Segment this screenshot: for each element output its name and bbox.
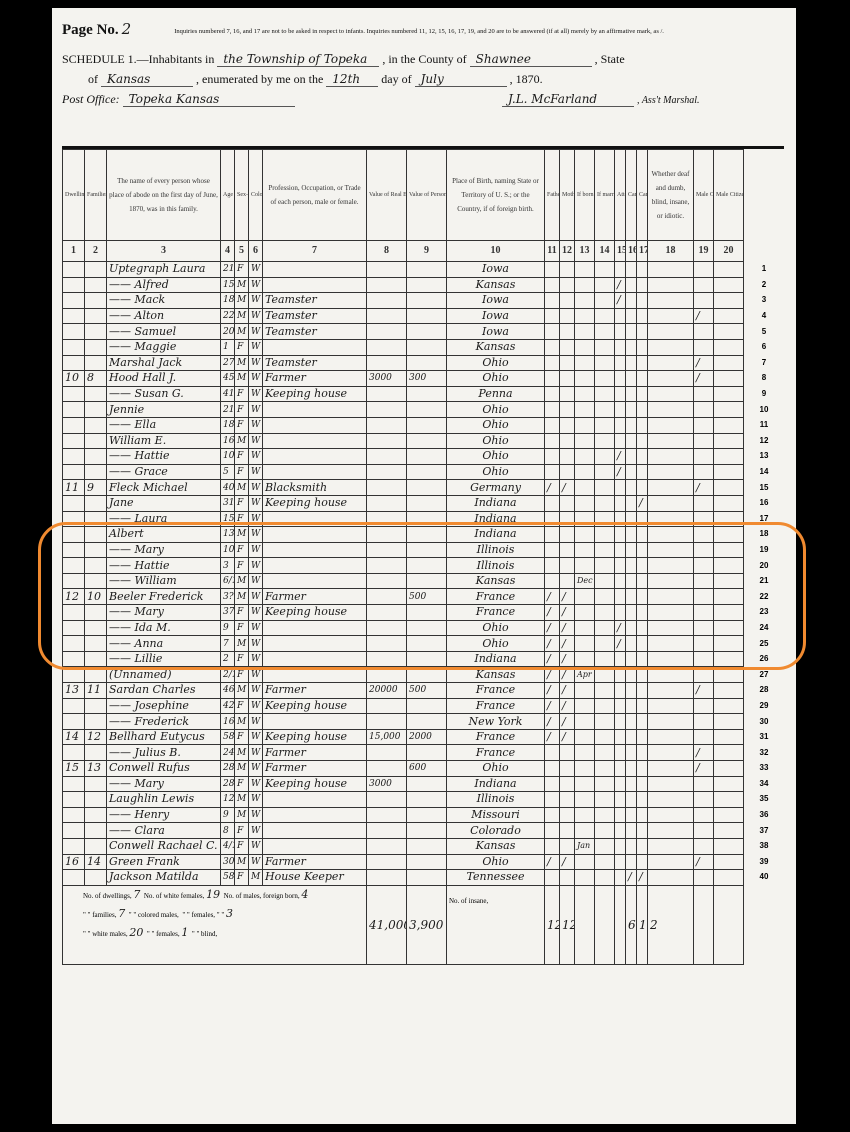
vote-denied-mark: [714, 449, 744, 465]
line-number: 28: [744, 683, 785, 699]
married-within-year: [595, 277, 615, 293]
cannot-read-mark: [626, 698, 637, 714]
birthplace: Indiana: [447, 495, 545, 511]
person-age: 3?: [221, 589, 235, 605]
cannot-read-mark: [626, 308, 637, 324]
table-row: 14 12 Bellhard Eutycus 58 F W Keeping ho…: [63, 729, 785, 745]
person-age: 15: [221, 277, 235, 293]
born-within-year: [575, 698, 595, 714]
mother-foreign-mark: [560, 870, 575, 886]
real-estate-value: [367, 823, 407, 839]
real-estate-value: [367, 651, 407, 667]
total-col-19: [694, 885, 714, 964]
father-foreign-mark: /: [545, 714, 560, 730]
cannot-read-mark: [626, 339, 637, 355]
family-number: 9: [85, 480, 107, 496]
person-name: Jane: [107, 495, 221, 511]
person-age: 46: [221, 683, 235, 699]
vote-denied-mark: [714, 417, 744, 433]
birthplace: Iowa: [447, 293, 545, 309]
male-citizen-mark: /: [694, 308, 714, 324]
personal-estate-value: [407, 573, 447, 589]
born-within-year: [575, 355, 595, 371]
table-row: —— Alton 22 M W Teamster Iowa / 4: [63, 308, 785, 324]
family-number: [85, 838, 107, 854]
dwelling-number: [63, 792, 85, 808]
married-within-year: [595, 573, 615, 589]
real-estate-value: [367, 714, 407, 730]
table-row: Uptegraph Laura 21 F W Iowa 1: [63, 262, 785, 278]
white-females-value: 19: [206, 888, 220, 901]
cannot-write-mark: [637, 511, 648, 527]
insane-count: No. of insane,: [447, 885, 545, 964]
person-sex: M: [235, 433, 249, 449]
dwelling-number: [63, 262, 85, 278]
deaf-blind-insane: [648, 729, 694, 745]
person-sex: F: [235, 386, 249, 402]
foreign-females-value: 3: [226, 907, 233, 920]
dwelling-number: [63, 745, 85, 761]
real-estate-value: [367, 449, 407, 465]
cannot-write-mark: [637, 277, 648, 293]
deaf-blind-insane: [648, 792, 694, 808]
real-estate-value: [367, 620, 407, 636]
born-within-year: Dec: [575, 573, 595, 589]
personal-estate-value: [407, 776, 447, 792]
dwelling-number: [63, 324, 85, 340]
colored-females-label: " " females,: [147, 930, 180, 938]
deaf-blind-insane: [648, 527, 694, 543]
person-age: 15: [221, 511, 235, 527]
male-citizen-mark: /: [694, 683, 714, 699]
township-field: the Township of Topeka: [217, 52, 379, 67]
col-header-5: Sex—Males (M.), Females (F.): [235, 150, 249, 241]
deaf-blind-insane: [648, 667, 694, 683]
person-name: Albert: [107, 527, 221, 543]
vote-denied-mark: [714, 324, 744, 340]
attended-school-mark: [615, 792, 626, 808]
person-sex: F: [235, 870, 249, 886]
male-citizen-mark: [694, 417, 714, 433]
cannot-write-mark: [637, 417, 648, 433]
dwelling-number: 11: [63, 480, 85, 496]
vote-denied-mark: [714, 620, 744, 636]
census-rows: Uptegraph Laura 21 F W Iowa 1 —— Alfred …: [63, 262, 785, 886]
family-number: [85, 277, 107, 293]
cannot-write-mark: [637, 558, 648, 574]
cannot-read-mark: [626, 558, 637, 574]
dwelling-number: [63, 417, 85, 433]
cannot-write-mark: [637, 714, 648, 730]
family-number: [85, 823, 107, 839]
summary-block: No. of dwellings, 7 No. of white females…: [63, 885, 785, 964]
mother-foreign-mark: /: [560, 714, 575, 730]
cannot-write-mark: [637, 308, 648, 324]
father-foreign-mark: /: [545, 589, 560, 605]
person-name: —— Mary: [107, 776, 221, 792]
person-occupation: Farmer: [263, 761, 367, 777]
mother-foreign-mark: /: [560, 620, 575, 636]
person-color: W: [249, 745, 263, 761]
birthplace: France: [447, 589, 545, 605]
person-color: W: [249, 589, 263, 605]
col-header-17: Cannot write.: [637, 150, 648, 241]
col-header-2: Families, numbered in the order of visit…: [85, 150, 107, 241]
deaf-blind-insane: [648, 480, 694, 496]
birthplace: France: [447, 729, 545, 745]
born-within-year: Jan: [575, 838, 595, 854]
person-age: 6/12: [221, 573, 235, 589]
person-age: 10: [221, 449, 235, 465]
birthplace: Kansas: [447, 667, 545, 683]
male-citizen-mark: [694, 511, 714, 527]
male-citizen-mark: [694, 573, 714, 589]
birthplace: Ohio: [447, 620, 545, 636]
birthplace: Kansas: [447, 339, 545, 355]
personal-estate-value: 300: [407, 371, 447, 387]
real-estate-value: [367, 293, 407, 309]
cannot-read-mark: [626, 527, 637, 543]
person-color: W: [249, 480, 263, 496]
attended-school-mark: [615, 324, 626, 340]
male-citizen-mark: [694, 729, 714, 745]
col-num-9: 9: [407, 241, 447, 262]
married-within-year: [595, 745, 615, 761]
vote-denied-mark: [714, 838, 744, 854]
person-age: 2: [221, 651, 235, 667]
table-row: —— Laura 15 F W Indiana 17: [63, 511, 785, 527]
deaf-blind-insane: [648, 277, 694, 293]
mother-foreign-mark: /: [560, 667, 575, 683]
born-within-year: [575, 589, 595, 605]
person-occupation: [263, 636, 367, 652]
father-foreign-mark: [545, 558, 560, 574]
family-number: [85, 324, 107, 340]
cannot-read-mark: [626, 371, 637, 387]
deaf-blind-insane: [648, 339, 694, 355]
deaf-blind-insane: [648, 511, 694, 527]
person-age: 28: [221, 761, 235, 777]
col-num-11: 11: [545, 241, 560, 262]
person-name: —— William: [107, 573, 221, 589]
table-row: Jennie 21 F W Ohio 10: [63, 402, 785, 418]
of-label: of: [88, 72, 98, 86]
family-number: [85, 573, 107, 589]
person-color: W: [249, 433, 263, 449]
cannot-read-mark: [626, 761, 637, 777]
cannot-write-mark: [637, 433, 648, 449]
married-within-year: [595, 667, 615, 683]
cannot-write-mark: [637, 339, 648, 355]
person-name: —— Ida M.: [107, 620, 221, 636]
attended-school-mark: [615, 854, 626, 870]
married-within-year: [595, 838, 615, 854]
attended-school-mark: [615, 698, 626, 714]
person-occupation: Teamster: [263, 324, 367, 340]
col-header-3: The name of every person whose place of …: [107, 150, 221, 241]
born-within-year: [575, 542, 595, 558]
cannot-write-mark: [637, 355, 648, 371]
born-within-year: [575, 620, 595, 636]
personal-estate-value: [407, 495, 447, 511]
cannot-write-mark: [637, 589, 648, 605]
real-estate-value: [367, 589, 407, 605]
person-sex: F: [235, 495, 249, 511]
day-of-label: day of: [381, 72, 411, 86]
vote-denied-mark: [714, 573, 744, 589]
personal-estate-value: [407, 854, 447, 870]
male-citizen-mark: [694, 838, 714, 854]
person-color: W: [249, 714, 263, 730]
county-label: , in the County of: [382, 52, 466, 66]
person-occupation: [263, 433, 367, 449]
person-name: —— Clara: [107, 823, 221, 839]
male-citizen-mark: [694, 402, 714, 418]
deaf-blind-insane: [648, 464, 694, 480]
person-color: W: [249, 542, 263, 558]
birthplace: Indiana: [447, 511, 545, 527]
cannot-write-mark: [637, 324, 648, 340]
birthplace: Ohio: [447, 464, 545, 480]
cannot-write-mark: [637, 636, 648, 652]
personal-estate-value: 2000: [407, 729, 447, 745]
table-row: 16 14 Green Frank 30 M W Farmer Ohio / /…: [63, 854, 785, 870]
cannot-read-mark: [626, 417, 637, 433]
vote-denied-mark: [714, 542, 744, 558]
married-within-year: [595, 449, 615, 465]
person-sex: M: [235, 714, 249, 730]
person-occupation: [263, 823, 367, 839]
attended-school-mark: [615, 651, 626, 667]
personal-estate-value: [407, 527, 447, 543]
person-occupation: [263, 838, 367, 854]
person-occupation: [263, 667, 367, 683]
cannot-write-mark: [637, 293, 648, 309]
post-office-label: Post Office:: [62, 92, 120, 106]
vote-denied-mark: [714, 308, 744, 324]
father-foreign-mark: [545, 449, 560, 465]
deaf-blind-insane: [648, 807, 694, 823]
male-citizen-mark: /: [694, 745, 714, 761]
cannot-read-mark: [626, 823, 637, 839]
family-number: 11: [85, 683, 107, 699]
cannot-write-mark: [637, 651, 648, 667]
person-age: 22: [221, 308, 235, 324]
birthplace: Indiana: [447, 776, 545, 792]
person-color: W: [249, 776, 263, 792]
real-estate-value: [367, 807, 407, 823]
attended-school-mark: [615, 355, 626, 371]
married-within-year: [595, 683, 615, 699]
column-numbers: 1 2 3 4 5 6 7 8 9 10 11 12 13 14 15 16 1…: [63, 241, 785, 262]
married-within-year: [595, 433, 615, 449]
person-age: 4/12: [221, 838, 235, 854]
real-estate-value: [367, 761, 407, 777]
person-sex: F: [235, 823, 249, 839]
father-foreign-mark: [545, 433, 560, 449]
father-foreign-mark: [545, 495, 560, 511]
cannot-read-mark: [626, 386, 637, 402]
family-number: [85, 355, 107, 371]
person-name: —— Lillie: [107, 651, 221, 667]
col-header-6: Color—White (W.), Black (B.), Mulatto (M…: [249, 150, 263, 241]
person-name: —— Julius B.: [107, 745, 221, 761]
cannot-read-mark: [626, 651, 637, 667]
col-header-4: Age at last birth-day.: [221, 150, 235, 241]
line-number: 20: [744, 558, 785, 574]
families-value: 7: [118, 907, 125, 920]
cannot-write-mark: [637, 464, 648, 480]
attended-school-mark: [615, 745, 626, 761]
mother-foreign-mark: [560, 402, 575, 418]
county-field: Shawnee: [470, 52, 592, 67]
person-occupation: [263, 651, 367, 667]
marshal-label: , Ass't Marshal.: [637, 95, 700, 106]
person-age: 30: [221, 854, 235, 870]
column-headers: Dwelling-houses, numbered in the order o…: [63, 150, 785, 241]
married-within-year: [595, 761, 615, 777]
attended-school-mark: [615, 870, 626, 886]
male-citizen-mark: [694, 792, 714, 808]
col-num-5: 5: [235, 241, 249, 262]
attended-school-mark: [615, 262, 626, 278]
born-within-year: [575, 511, 595, 527]
personal-estate-value: [407, 698, 447, 714]
line-number: 30: [744, 714, 785, 730]
cannot-read-mark: [626, 542, 637, 558]
total-real-estate: 41,000: [367, 885, 407, 964]
cannot-write-mark: [637, 792, 648, 808]
cannot-write-mark: [637, 527, 648, 543]
born-within-year: [575, 807, 595, 823]
person-color: W: [249, 698, 263, 714]
cannot-write-mark: [637, 838, 648, 854]
person-occupation: Farmer: [263, 745, 367, 761]
person-name: —— Anna: [107, 636, 221, 652]
married-within-year: [595, 402, 615, 418]
married-within-year: [595, 386, 615, 402]
year-label: , 1870.: [510, 72, 543, 86]
white-females-label: No. of white females,: [144, 892, 204, 900]
person-name: —— Susan G.: [107, 386, 221, 402]
person-sex: M: [235, 854, 249, 870]
personal-estate-value: 500: [407, 589, 447, 605]
personal-estate-value: [407, 262, 447, 278]
male-citizen-mark: [694, 386, 714, 402]
vote-denied-mark: [714, 714, 744, 730]
deaf-blind-insane: [648, 823, 694, 839]
married-within-year: [595, 262, 615, 278]
vote-denied-mark: [714, 495, 744, 511]
father-foreign-mark: /: [545, 605, 560, 621]
vote-denied-mark: [714, 807, 744, 823]
birthplace: France: [447, 698, 545, 714]
total-col-12: 12: [560, 885, 575, 964]
attended-school-mark: [615, 776, 626, 792]
dwelling-number: [63, 558, 85, 574]
born-within-year: [575, 464, 595, 480]
dwelling-number: [63, 542, 85, 558]
attended-school-mark: [615, 308, 626, 324]
vote-denied-mark: [714, 792, 744, 808]
real-estate-value: [367, 854, 407, 870]
person-color: W: [249, 761, 263, 777]
deaf-blind-insane: [648, 838, 694, 854]
person-age: 21: [221, 402, 235, 418]
person-color: W: [249, 355, 263, 371]
male-citizen-mark: /: [694, 854, 714, 870]
person-occupation: [263, 620, 367, 636]
mother-foreign-mark: [560, 464, 575, 480]
line-number: 1: [744, 262, 785, 278]
cannot-write-mark: [637, 605, 648, 621]
person-color: W: [249, 511, 263, 527]
mother-foreign-mark: /: [560, 729, 575, 745]
married-within-year: [595, 542, 615, 558]
line-number: 29: [744, 698, 785, 714]
table-row: —— Josephine 42 F W Keeping house France…: [63, 698, 785, 714]
attended-school-mark: [615, 433, 626, 449]
real-estate-value: [367, 838, 407, 854]
dwellings-label: No. of dwellings,: [83, 892, 132, 900]
male-citizen-mark: /: [694, 371, 714, 387]
mother-foreign-mark: /: [560, 589, 575, 605]
male-citizen-mark: [694, 698, 714, 714]
father-foreign-mark: [545, 355, 560, 371]
person-name: —— Mack: [107, 293, 221, 309]
family-number: [85, 308, 107, 324]
cannot-read-mark: [626, 636, 637, 652]
personal-estate-value: [407, 745, 447, 761]
person-occupation: Teamster: [263, 293, 367, 309]
born-within-year: [575, 527, 595, 543]
cannot-read-mark: [626, 776, 637, 792]
birthplace: Missouri: [447, 807, 545, 823]
father-foreign-mark: [545, 308, 560, 324]
person-name: Jackson Matilda: [107, 870, 221, 886]
dwelling-number: [63, 870, 85, 886]
person-occupation: Keeping house: [263, 776, 367, 792]
person-sex: M: [235, 371, 249, 387]
cannot-read-mark: [626, 573, 637, 589]
person-occupation: House Keeper: [263, 870, 367, 886]
cannot-read-mark: [626, 293, 637, 309]
mother-foreign-mark: [560, 558, 575, 574]
person-name: —— Josephine: [107, 698, 221, 714]
col-header-16: Cannot read.: [626, 150, 637, 241]
personal-estate-value: [407, 667, 447, 683]
person-sex: M: [235, 807, 249, 823]
vote-denied-mark: [714, 870, 744, 886]
schedule-label: SCHEDULE 1.—Inhabitants in: [62, 52, 214, 66]
person-occupation: [263, 417, 367, 433]
person-age: 40: [221, 480, 235, 496]
personal-estate-value: [407, 449, 447, 465]
personal-estate-value: [407, 355, 447, 371]
real-estate-value: [367, 402, 407, 418]
blind-label: " " blind,: [192, 930, 217, 938]
page-header-line1: Page No. 2 Inquiries numbered 7, 16, and…: [62, 20, 782, 39]
attended-school-mark: [615, 807, 626, 823]
attended-school-mark: /: [615, 293, 626, 309]
born-within-year: [575, 386, 595, 402]
col-header-11: Father of foreign birth.: [545, 150, 560, 241]
person-age: 31: [221, 495, 235, 511]
dwelling-number: [63, 386, 85, 402]
person-sex: M: [235, 277, 249, 293]
born-within-year: [575, 558, 595, 574]
mother-foreign-mark: [560, 262, 575, 278]
